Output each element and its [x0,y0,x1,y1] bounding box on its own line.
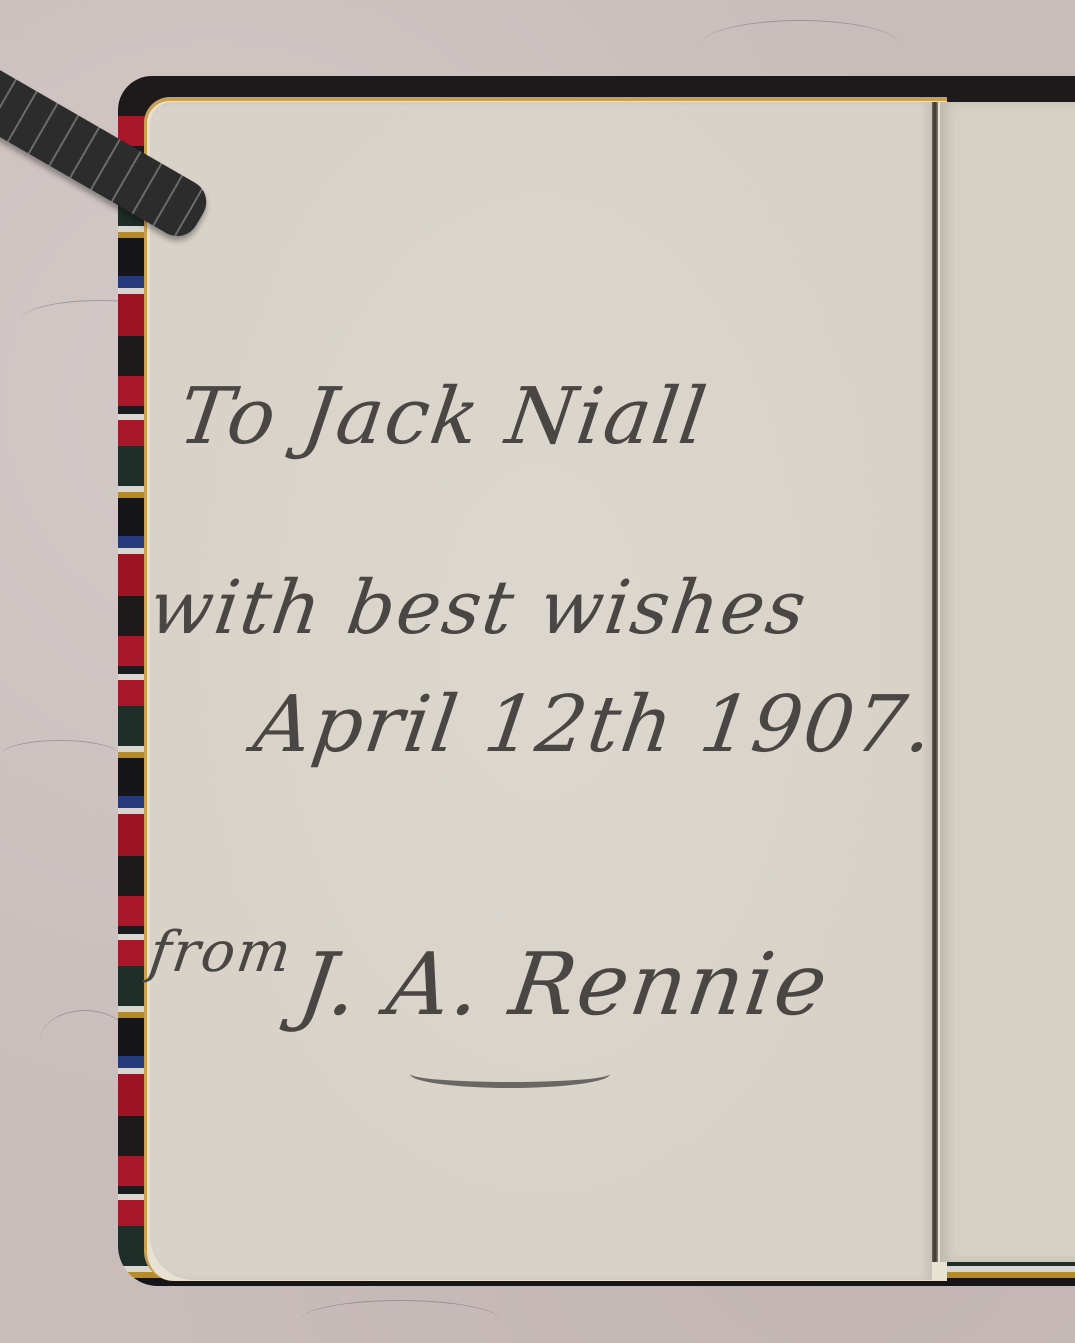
inscription-signature: J. A. Rennie [293,935,835,1035]
signature-flourish [410,1060,610,1088]
inscription-from-label: from [145,920,296,985]
facing-page [940,102,1075,1262]
inscription-date: April 12th 1907. [249,680,941,770]
paper-fibre [300,1300,500,1341]
paper-fibre [40,1010,130,1071]
paper-fibre [700,20,900,71]
inscription-recipient: To Jack Niall [174,372,713,462]
paper-fibre [0,740,120,771]
inscription-wishes: with best wishes [144,565,813,651]
